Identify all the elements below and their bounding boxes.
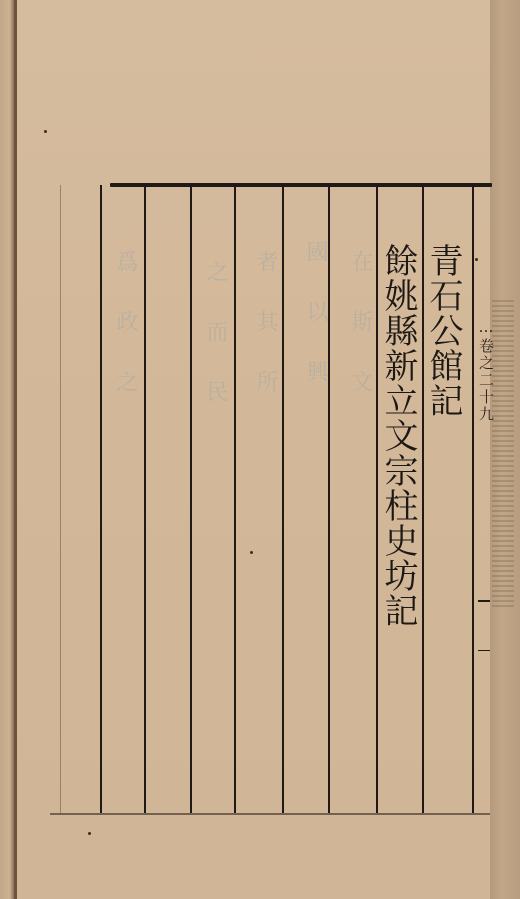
column-rule [328, 185, 330, 813]
column-rule [60, 185, 61, 813]
margin-fish-tail-mark [478, 600, 490, 602]
column-rule [190, 185, 192, 813]
left-page-edge [0, 0, 14, 899]
column-title-2: 餘姚縣新立文宗柱史坊記 [378, 243, 418, 628]
book-spread: 爲 政 之 之 而 民 者 其 所 國 以 興 在 斯 文 青石公館記 餘姚縣新… [0, 0, 520, 899]
column-rule [234, 185, 236, 813]
paper-speck [44, 130, 47, 133]
column-rule [282, 185, 284, 813]
frame-top-border [110, 183, 492, 187]
margin-fish-tail-mark [478, 650, 490, 651]
column-rule [144, 185, 146, 813]
paper-speck [88, 832, 91, 835]
column-rule [472, 185, 474, 813]
printed-frame [20, 183, 492, 815]
margin-strip-text: …卷之二十九 [476, 318, 497, 423]
frame-bottom-border [50, 813, 490, 815]
paper-speck [250, 551, 253, 554]
paper-speck [475, 258, 478, 261]
column-rule [100, 185, 102, 813]
column-title-1: 青石公館記 [423, 243, 463, 418]
